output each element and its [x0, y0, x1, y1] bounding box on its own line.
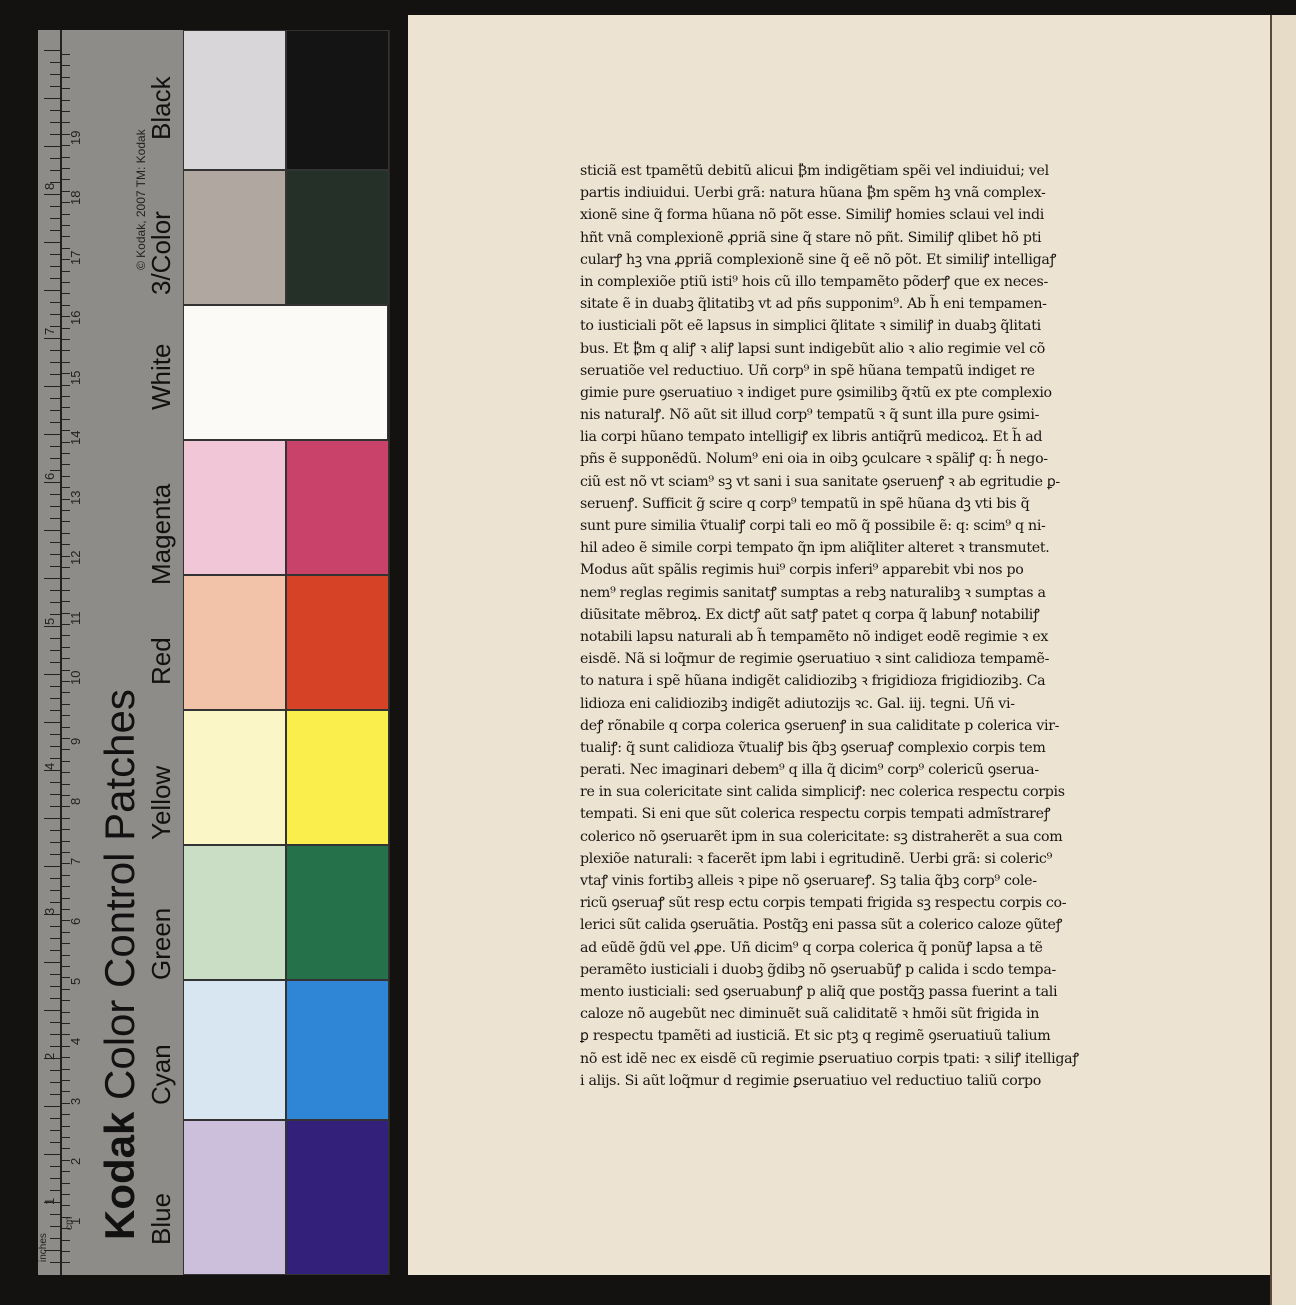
text-line: lerici sũt calida ꝯseruãtia. Postq̃ꝫ eni…: [580, 914, 1130, 936]
ruler-tick: [44, 146, 60, 147]
ruler-tick: [44, 770, 60, 771]
ruler-tick-cm: [62, 271, 70, 272]
ruler-tick: [50, 446, 60, 447]
ruler-tick: [50, 362, 60, 363]
ruler-tick-cm: [62, 932, 70, 933]
cm-number: 12: [68, 551, 83, 565]
ruler-tick-cm: [62, 647, 70, 648]
ruler-tick-cm: [62, 1057, 70, 1058]
ruler-tick: [44, 818, 60, 819]
text-line: lidioza eni calidiozibꝫ indigẽt adiutozi…: [580, 693, 1130, 715]
text-line: xionẽ sine q̃ forma hũana nõ põt esse. S…: [580, 204, 1130, 226]
ruler-tick: [50, 62, 60, 63]
ruler-tick: [50, 410, 60, 411]
ruler-tick: [50, 1166, 60, 1167]
ruler-tick: [50, 134, 60, 135]
ruler-tick-cm: [62, 65, 70, 66]
ruler-tick-cm: [62, 533, 70, 534]
ruler-tick-cm: [62, 419, 70, 420]
ruler-tick-cm: [62, 510, 70, 511]
ruler-tick-cm: [62, 362, 70, 363]
inch-number: 2: [42, 1053, 57, 1060]
ruler-tick: [50, 86, 60, 87]
ruler-tick-cm: [62, 806, 70, 807]
text-line: perati. Nec imaginari debem⁹ q illa q̃ d…: [580, 759, 1130, 781]
ruler-tick: [50, 518, 60, 519]
text-line: seruenꝭ. Sufficit g̃ scire q corp⁹ tempa…: [580, 493, 1130, 515]
text-line: ricũ ꝯseruaꝭ sũt resp ectu corpis tempat…: [580, 892, 1130, 914]
ruler-strip: 1234567812345678910111213141516171819 in…: [38, 30, 188, 1275]
text-line: hil adeo ẽ simile corpi tempato q̃n ipm …: [580, 537, 1130, 559]
cm-number: 11: [68, 612, 83, 626]
ruler-tick: [50, 590, 60, 591]
cm-unit-label: cm: [64, 1217, 75, 1230]
ruler-tick-cm: [62, 1012, 70, 1013]
ruler-tick-cm: [62, 168, 70, 169]
ruler-tick: [50, 74, 60, 75]
ruler-tick-cm: [62, 77, 70, 78]
ruler-tick: [50, 710, 60, 711]
text-line: caloze nõ augebũt nec diminuẽt suã calid…: [580, 1003, 1130, 1025]
ruler-tick: [44, 242, 60, 243]
ruler-tick-cm: [62, 761, 70, 762]
ruler-tick: [50, 158, 60, 159]
ruler-tick-cm: [62, 989, 70, 990]
ruler-tick: [50, 554, 60, 555]
ruler-tick-cm: [62, 339, 70, 340]
ruler-tick: [50, 230, 60, 231]
label-green: Green: [146, 908, 177, 980]
text-line: colerico nõ ꝯseruarẽt ipm in sua coleric…: [580, 826, 1130, 848]
patch-cyan-light: [183, 980, 286, 1120]
ruler-tick-cm: [62, 1262, 70, 1263]
text-line: deꝭ rõnabile q corpa colerica ꝯseruenꝭ i…: [580, 715, 1130, 737]
ruler-tick: [50, 422, 60, 423]
ruler-tick-cm: [62, 829, 70, 830]
ruler-tick-cm: [62, 1126, 70, 1127]
inch-number: 6: [42, 473, 57, 480]
text-line: eisdẽ. Nã si loq̃mur de regimie ꝯseruati…: [580, 648, 1130, 670]
ruler-tick: [50, 458, 60, 459]
ruler-tick: [50, 1190, 60, 1191]
ruler-tick: [50, 206, 60, 207]
ruler-tick: [44, 290, 60, 291]
ruler-tick-cm: [62, 1114, 70, 1115]
ruler-tick-cm: [62, 567, 70, 568]
ruler-tick: [50, 794, 60, 795]
ruler-tick: [50, 506, 60, 507]
cm-number: 19: [68, 131, 83, 145]
ruler-tick: [50, 806, 60, 807]
ruler-tick-cm: [62, 943, 70, 944]
text-line: hñt vnã complexionẽ ꝓpriã sine q̃ stare …: [580, 227, 1130, 249]
ruler-tick-cm: [62, 658, 70, 659]
inch-number: 7: [42, 328, 57, 335]
label-3color: 3/Color: [146, 211, 177, 295]
text-line: ꝑ respectu tpamẽti ad iusticiã. Et sic p…: [580, 1025, 1130, 1047]
patch-blue-light: [183, 1120, 286, 1275]
inch-number: 8: [42, 183, 57, 190]
ruler-tick-cm: [62, 715, 70, 716]
patch-black-light: [183, 30, 286, 170]
ruler-tick-cm: [62, 1000, 70, 1001]
ruler-tick-cm: [62, 248, 70, 249]
patch-cyan-dark: [286, 980, 389, 1120]
ruler-tick: [50, 1178, 60, 1179]
label-blue: Blue: [146, 1193, 177, 1245]
ruler-tick-cm: [62, 692, 70, 693]
text-line: sticiã est tpamẽtũ debitũ alicui ₿m indi…: [580, 160, 1130, 182]
ruler-tick: [50, 602, 60, 603]
ruler-tick: [50, 494, 60, 495]
text-line: gimie pure ꝯseruatiuo ꝛ indiget pure ꝯsi…: [580, 382, 1130, 404]
inch-number: 5: [42, 618, 57, 625]
card-title-rest: Color Control Patches: [96, 689, 143, 1112]
ruler-tick: [44, 434, 60, 435]
ruler-tick: [50, 698, 60, 699]
ruler-tick-cm: [62, 179, 70, 180]
ruler-tick-cm: [62, 578, 70, 579]
ruler-tick: [50, 110, 60, 111]
ruler-tick-cm: [62, 476, 70, 477]
ruler-tick: [50, 758, 60, 759]
ruler-tick: [50, 890, 60, 891]
text-line: notabili lapsu naturali ab h̃ tempamẽto …: [580, 626, 1130, 648]
text-line: diũsitate mẽbroꝝ. Ex dictꝭ aũt satꝭ pate…: [580, 604, 1130, 626]
ruler-tick: [50, 470, 60, 471]
text-line: re in sua colericitate sint calida simpl…: [580, 781, 1130, 803]
ruler-tick-cm: [62, 841, 70, 842]
ruler-tick-cm: [62, 236, 70, 237]
text-line: nem⁹ reglas regimis sanitatꝭ sumptas a r…: [580, 582, 1130, 604]
ruler-tick-cm: [62, 385, 70, 386]
ruler-tick: [50, 1226, 60, 1227]
ruler-tick: [44, 530, 60, 531]
ruler-tick-cm: [62, 1194, 70, 1195]
kodak-brand: Kodak: [96, 1112, 143, 1240]
ruler-tick: [50, 1118, 60, 1119]
ruler-tick: [50, 350, 60, 351]
label-magenta: Magenta: [146, 484, 177, 585]
ruler-tick-cm: [62, 1137, 70, 1138]
ruler-tick-cm: [62, 1148, 70, 1149]
ruler-tick-cm: [62, 1034, 70, 1035]
patch-green-dark: [286, 845, 389, 980]
ruler-tick: [50, 782, 60, 783]
ruler-tick: [44, 1106, 60, 1107]
ruler-tick: [50, 998, 60, 999]
ruler-tick-cm: [62, 214, 70, 215]
ruler-tick-cm: [62, 635, 70, 636]
cm-number: 7: [68, 858, 83, 865]
text-line: mento iusticiali: sed ꝯseruabunꝭ p aliq̃…: [580, 981, 1130, 1003]
inch-number: 3: [42, 908, 57, 915]
label-cyan: Cyan: [146, 1044, 177, 1105]
ruler-tick: [44, 194, 60, 195]
ruler-tick-cm: [62, 544, 70, 545]
ruler-tick-cm: [62, 328, 70, 329]
text-line: nõ est idẽ nec ex eisdẽ cũ regimie ꝑseru…: [580, 1048, 1130, 1070]
ruler-tick: [44, 866, 60, 867]
patch-yellow-light: [183, 710, 286, 845]
ruler-tick: [50, 734, 60, 735]
text-line: nis naturalꝭ. Nõ aũt sit illud corp⁹ tem…: [580, 404, 1130, 426]
patch-black-dark: [286, 30, 389, 170]
ruler-tick-cm: [62, 100, 70, 101]
ruler-tick-cm: [62, 282, 70, 283]
cm-number: 14: [68, 431, 83, 445]
cm-number: 4: [68, 1038, 83, 1045]
text-line: seruatiõe vel reductiuo. Uñ corp⁹ in spẽ…: [580, 360, 1130, 382]
patch-magenta-dark: [286, 440, 389, 575]
ruler-tick: [50, 686, 60, 687]
text-line: bus. Et ₿m q aliꝭ ꝛ aliꝭ lapsi sunt indi…: [580, 338, 1130, 360]
ruler-tick-cm: [62, 54, 70, 55]
ruler-tick-cm: [62, 1183, 70, 1184]
ruler-tick-cm: [62, 749, 70, 750]
ruler-tick-cm: [62, 396, 70, 397]
text-line: peramẽto iusticiali i duobꝫ g̃dibꝫ nõ ꝯs…: [580, 959, 1130, 981]
label-red: Red: [146, 637, 177, 685]
text-line: partis indiuidui. Uerbi grã: natura hũan…: [580, 182, 1130, 204]
ruler-tick: [50, 122, 60, 123]
text-line: tempati. Si eni que sũt colerica respect…: [580, 803, 1130, 825]
ruler-tick: [50, 926, 60, 927]
ruler-tick: [44, 50, 60, 51]
patch-magenta-light: [183, 440, 286, 575]
cm-number: 2: [68, 1158, 83, 1165]
ruler-tick: [50, 614, 60, 615]
cm-number: 13: [68, 491, 83, 505]
ruler-tick: [44, 578, 60, 579]
ruler-tick: [44, 482, 60, 483]
ruler-tick-cm: [62, 1023, 70, 1024]
text-line: Modus aũt spãlis regimis hui⁹ corpis inf…: [580, 559, 1130, 581]
ruler-tick: [50, 662, 60, 663]
ruler-tick-cm: [62, 1046, 70, 1047]
ruler-tick-cm: [62, 966, 70, 967]
ruler-tick-cm: [62, 88, 70, 89]
ruler-tick: [50, 1046, 60, 1047]
ruler-tick: [50, 1034, 60, 1035]
label-yellow: Yellow: [146, 766, 177, 840]
ruler-divider: [60, 30, 62, 1275]
ruler-tick: [50, 278, 60, 279]
ruler-tick: [44, 1154, 60, 1155]
ruler-tick: [44, 674, 60, 675]
inch-number: 4: [42, 763, 57, 770]
kodak-color-card: 1234567812345678910111213141516171819 in…: [38, 30, 390, 1275]
page-text: sticiã est tpamẽtũ debitũ alicui ₿m indi…: [580, 160, 1130, 1092]
ruler-tick-cm: [62, 875, 70, 876]
text-line: tualiꝭ: q̃ sunt calidioza ṽtualiꝭ bis q̃…: [580, 737, 1130, 759]
ruler-tick-cm: [62, 886, 70, 887]
ruler-tick-cm: [62, 795, 70, 796]
ruler-tick-cm: [62, 1251, 70, 1252]
ruler-tick: [50, 170, 60, 171]
ruler-tick: [50, 398, 60, 399]
ruler-tick: [50, 266, 60, 267]
patch-blue-dark: [286, 1120, 389, 1275]
ruler-tick: [50, 902, 60, 903]
ruler-tick: [50, 854, 60, 855]
text-line: to natura i spẽ hũana indigẽt calidiozib…: [580, 670, 1130, 692]
ruler-tick: [50, 1214, 60, 1215]
ruler-tick-cm: [62, 521, 70, 522]
ruler-tick-cm: [62, 1171, 70, 1172]
text-line: pñs ẽ supponẽdũ. Nolum⁹ eni oia in oibꝫ …: [580, 448, 1130, 470]
text-line: lia corpi hũano tempato intelligiꝭ ex li…: [580, 426, 1130, 448]
ruler-tick: [50, 566, 60, 567]
ruler-tick: [44, 962, 60, 963]
cm-number: 15: [68, 371, 83, 385]
text-line: sunt pure similia ṽtualiꝭ corpi tali eo …: [580, 515, 1130, 537]
text-line: i alijs. Si aũt loq̃mur d regimie ꝑserua…: [580, 1070, 1130, 1092]
ruler-tick: [50, 746, 60, 747]
text-line: in complexiõe ptiũ isti⁹ hois cũ illo te…: [580, 271, 1130, 293]
text-line: to iusticiali põt eẽ lapsus in simplici …: [580, 315, 1130, 337]
ruler-tick-cm: [62, 122, 70, 123]
ruler-tick-cm: [62, 453, 70, 454]
ruler-tick: [44, 338, 60, 339]
ruler-tick: [50, 1082, 60, 1083]
ruler-tick: [50, 638, 60, 639]
ruler-tick-cm: [62, 784, 70, 785]
ruler-tick: [50, 1262, 60, 1263]
cm-number: 16: [68, 311, 83, 325]
ruler-tick-cm: [62, 590, 70, 591]
label-white: White: [146, 344, 177, 410]
ruler-tick-cm: [62, 1205, 70, 1206]
ruler-tick-cm: [62, 909, 70, 910]
ruler-tick-cm: [62, 1069, 70, 1070]
ruler-tick: [50, 986, 60, 987]
text-line: plexiõe naturali: ꝛ facerẽt ipm labi i e…: [580, 848, 1130, 870]
ruler-tick: [50, 878, 60, 879]
ruler-tick-cm: [62, 727, 70, 728]
ruler-tick-cm: [62, 1240, 70, 1241]
text-line: ad eũdẽ g̃dũ vel ꝓpe. Uñ dicim⁹ q corpa …: [580, 937, 1130, 959]
ruler-tick-cm: [62, 305, 70, 306]
ruler-tick: [50, 1070, 60, 1071]
ruler-tick: [44, 722, 60, 723]
ruler-tick-cm: [62, 1091, 70, 1092]
patch-3color-dark: [286, 170, 389, 305]
ruler-tick: [44, 386, 60, 387]
card-title: Kodak Color Control Patches: [96, 689, 144, 1240]
cm-number: 5: [68, 978, 83, 985]
ruler-tick: [50, 1238, 60, 1239]
cm-number: 8: [68, 798, 83, 805]
ruler-tick-cm: [62, 601, 70, 602]
label-black: Black: [146, 76, 177, 140]
patch-red-dark: [286, 575, 389, 710]
ruler-tick: [50, 830, 60, 831]
ruler-tick: [50, 1022, 60, 1023]
ruler-tick-cm: [62, 955, 70, 956]
ruler-tick-cm: [62, 772, 70, 773]
inches-unit-label: inches: [38, 1233, 49, 1262]
ruler-tick: [50, 302, 60, 303]
ruler-tick-cm: [62, 225, 70, 226]
ruler-tick: [50, 314, 60, 315]
cm-number: 10: [68, 671, 83, 685]
text-line: cularꝭ hꝫ vna ꝓpriã complexionẽ sine q̃ …: [580, 249, 1130, 271]
ruler-tick: [50, 1142, 60, 1143]
text-line: vtaꝭ vinis fortibꝫ alleis ꝛ pipe nõ ꝯser…: [580, 870, 1130, 892]
inch-number: 1: [42, 1198, 57, 1205]
ruler-tick: [50, 974, 60, 975]
ruler-tick-cm: [62, 111, 70, 112]
ruler-tick: [50, 542, 60, 543]
ruler-tick: [50, 842, 60, 843]
text-line: sitate ẽ in duabꝫ q̃litatibꝫ vt ad pñs s…: [580, 293, 1130, 315]
cm-number: 9: [68, 738, 83, 745]
ruler-tick: [44, 1010, 60, 1011]
ruler-tick: [44, 626, 60, 627]
ruler-tick: [44, 98, 60, 99]
ruler-tick: [50, 950, 60, 951]
ruler-tick: [50, 218, 60, 219]
ruler-tick-cm: [62, 293, 70, 294]
ruler-tick: [50, 1130, 60, 1131]
text-line: ciũ est nõ vt sciam⁹ sꝫ vt sani i sua sa…: [580, 471, 1130, 493]
cm-number: 17: [68, 251, 83, 265]
cm-number: 3: [68, 1098, 83, 1105]
patch-green-light: [183, 845, 286, 980]
cm-number: 6: [68, 918, 83, 925]
ruler-tick-cm: [62, 818, 70, 819]
ruler-tick: [50, 1094, 60, 1095]
ruler-tick: [50, 254, 60, 255]
patch-yellow-dark: [286, 710, 389, 845]
patch-red-light: [183, 575, 286, 710]
ruler-tick: [50, 938, 60, 939]
cm-number: 18: [68, 191, 83, 205]
ruler-tick-cm: [62, 145, 70, 146]
ruler-tick-cm: [62, 157, 70, 158]
ruler-tick-cm: [62, 464, 70, 465]
ruler-tick-cm: [62, 898, 70, 899]
facing-page-edge: [1270, 15, 1296, 1305]
ruler-tick-cm: [62, 350, 70, 351]
patch-white: [183, 305, 388, 440]
ruler-tick-cm: [62, 852, 70, 853]
ruler-tick-cm: [62, 487, 70, 488]
patch-3color-light: [183, 170, 286, 305]
ruler-tick: [50, 374, 60, 375]
ruler-tick-cm: [62, 407, 70, 408]
ruler-tick-cm: [62, 1080, 70, 1081]
ruler-tick: [50, 650, 60, 651]
ruler-tick-cm: [62, 704, 70, 705]
